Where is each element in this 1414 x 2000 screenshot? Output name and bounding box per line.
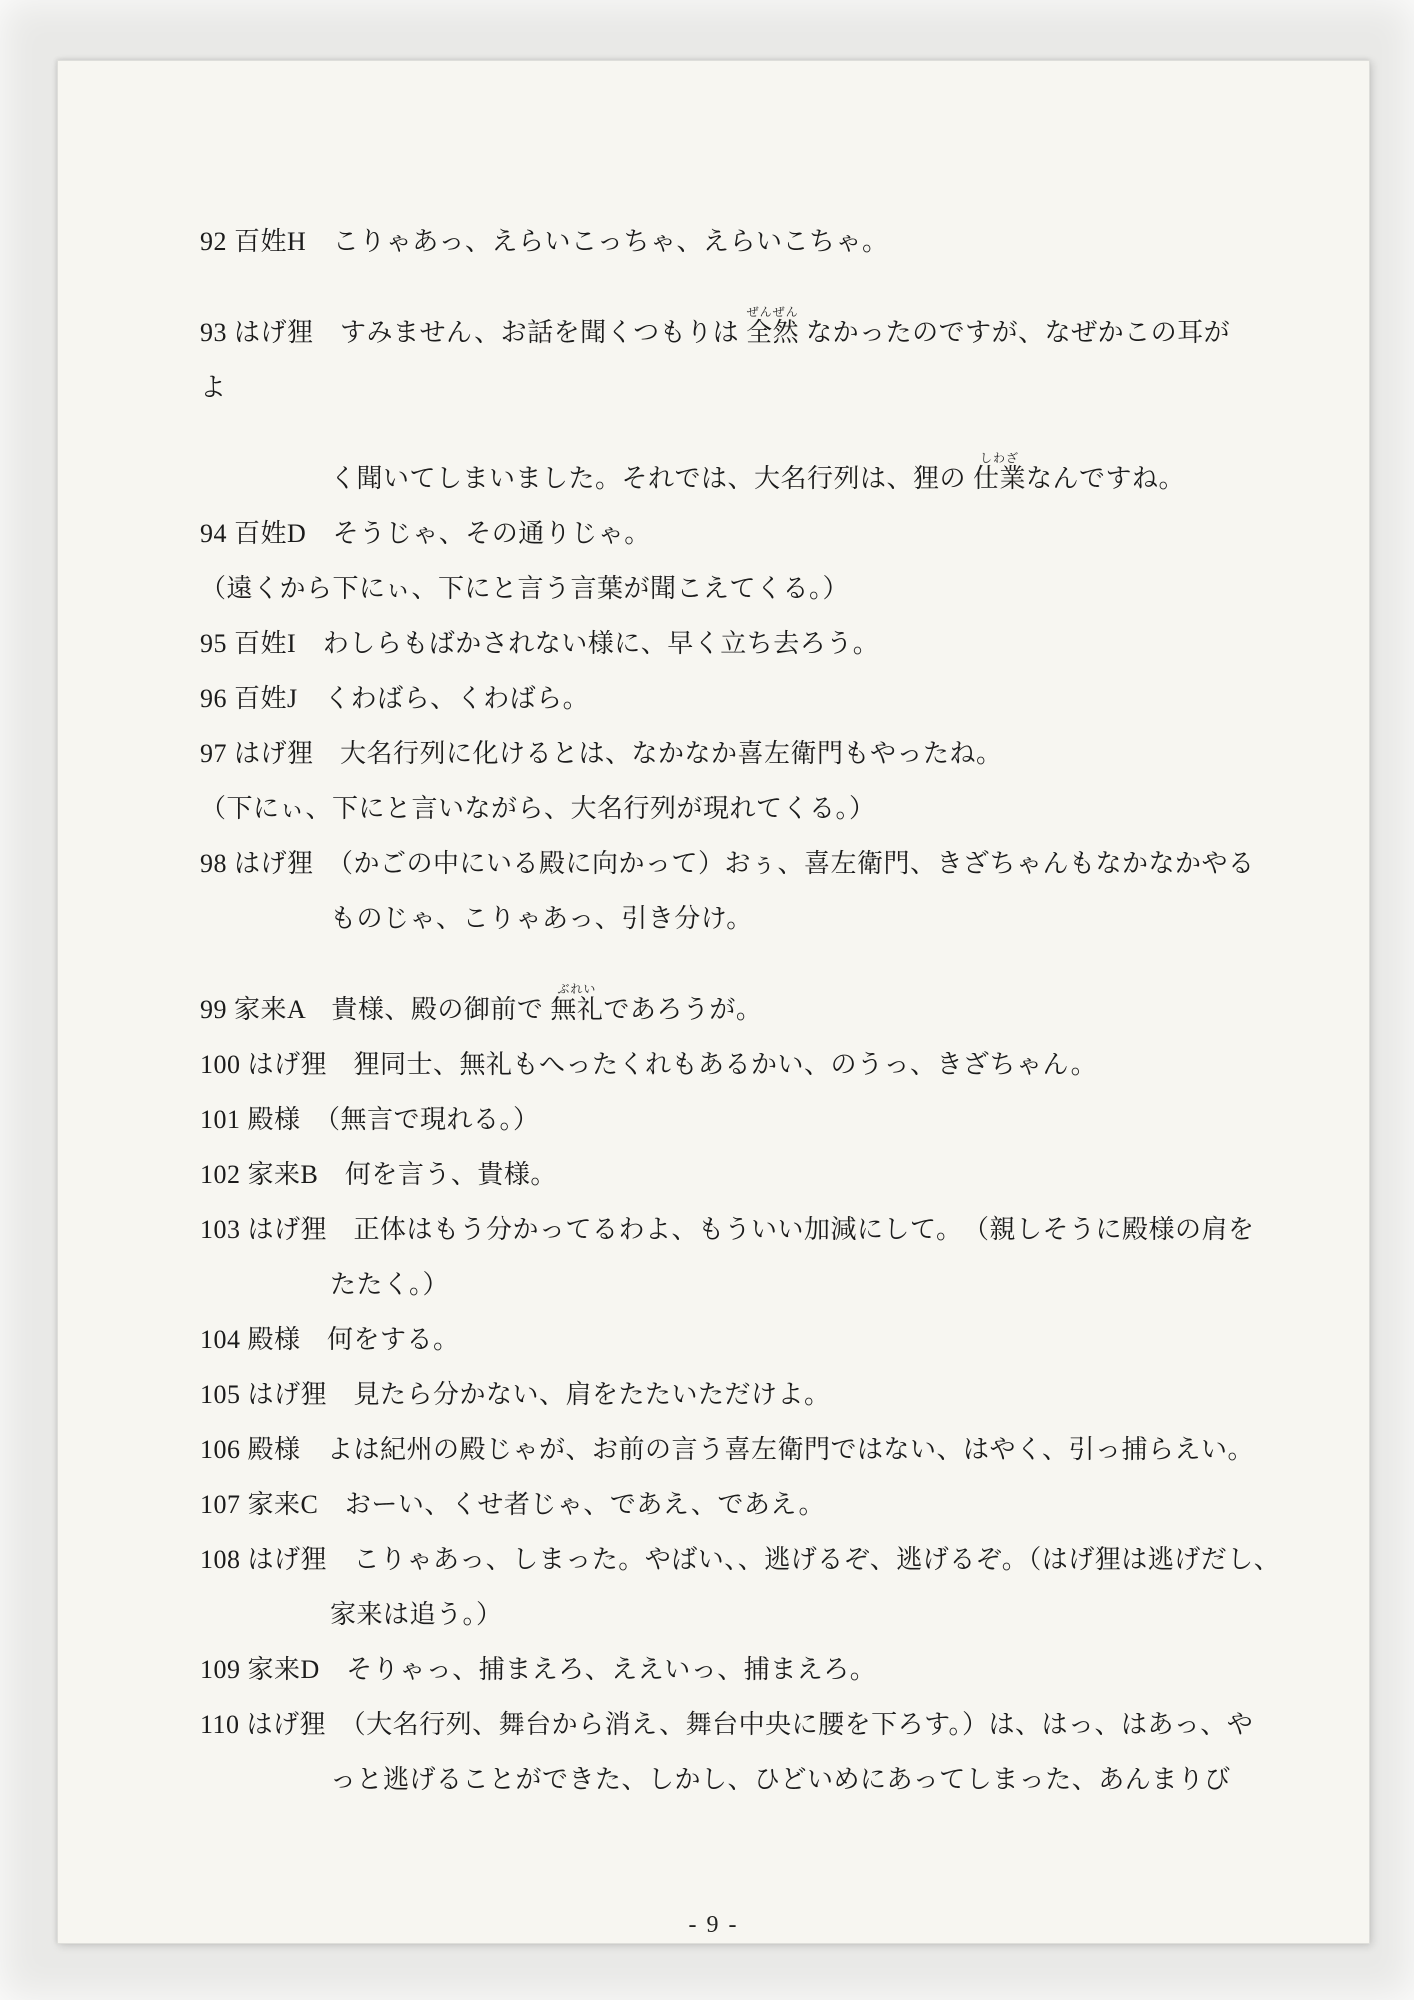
line-number: 99 (200, 995, 227, 1024)
speaker-label: はげ狸 (248, 1380, 328, 1409)
script-line: 104 殿様 何をする。 (200, 1309, 1329, 1364)
script-line: 106 殿様 よは紀州の殿じゃが、お前の言う喜左衛門ではない、はやく、引っ捕らえ… (200, 1419, 1329, 1474)
speaker-label: 家来D (248, 1655, 320, 1684)
script-line: 97 はげ狸 大名行列に化けるとは、なかなか喜左衛門もやったね。 (200, 723, 1329, 778)
script-line: っと逃げることができた、しかし、ひどいめにあってしまった、あんまりび (200, 1749, 1329, 1804)
script-line: たたく。） (200, 1254, 1329, 1309)
line-text: 103 はげ狸 正体はもう分かってるわよ、もういい加減にして。 （親しそうに殿様… (200, 1209, 1255, 1246)
speaker-label: 殿様 (248, 1435, 301, 1464)
script-line: 102 家来B 何を言う、貴様。 (200, 1144, 1329, 1199)
dialogue-text: わしらもばかされない様に、早く立ち去ろう。 (323, 629, 880, 658)
script-line: ものじゃ、こりゃあっ、引き分け。 (200, 888, 1329, 943)
line-number: 97 (200, 739, 227, 768)
script-line: 92 百姓H こりゃあっ、えらいこっちゃ、えらいこちゃ。 (200, 211, 1329, 266)
script-line: 93 はげ狸 すみません、お話を聞くつもりは 全然ぜんぜん なかったのですが、な… (200, 266, 1329, 357)
line-number: 93 (200, 318, 227, 347)
dialogue-text: く聞いてしまいました。それでは、大名行列は、狸の 仕業しわざなんですね。 (330, 464, 1185, 493)
line-text: 99 家来A 貴様、殿の御前で 無礼ぶれいであろうが。 (200, 982, 762, 1026)
dialogue-text: （大名行列、舞台から消え、舞台中央に腰を下ろす。）は、はっ、はあっ、や (353, 1710, 1254, 1739)
furigana-reading: ぜんぜん (746, 305, 799, 319)
script-line: 96 百姓J くわばら、くわばら。 (200, 668, 1329, 723)
line-text: 105 はげ狸 見たら分かない、肩をたたいただけよ。 (200, 1374, 831, 1411)
line-text: 95 百姓I わしらもばかされない様に、早く立ち去ろう。 (200, 623, 879, 660)
line-number: 110 (200, 1710, 240, 1739)
dialogue-text: よ (200, 373, 227, 402)
script-line: 99 家来A 貴様、殿の御前で 無礼ぶれいであろうが。 (200, 943, 1329, 1034)
dialogue-text: すみません、お話を聞くつもりは 全然ぜんぜん なかったのですが、なぜかこの耳が (340, 318, 1230, 347)
script-line: 家来は追う。） (200, 1584, 1329, 1639)
line-text: よ (200, 367, 227, 404)
dialogue-text: たたく。） (330, 1270, 449, 1299)
script-line: 109 家来D そりゃっ、捕まえろ、ええいっ、捕まえろ。 (200, 1639, 1329, 1694)
furigana-term: 仕業しわざ (973, 464, 1026, 493)
speaker-label: はげ狸 (234, 849, 314, 878)
dialogue-text: っと逃げることができた、しかし、ひどいめにあってしまった、あんまりび (330, 1765, 1231, 1794)
furigana-reading: しわざ (973, 451, 1026, 465)
speaker-label: 家来A (234, 995, 305, 1024)
speaker-label: はげ狸 (248, 1050, 328, 1079)
speaker-label: 百姓D (234, 519, 306, 548)
speaker-label: はげ狸 (234, 318, 314, 347)
line-number: 104 (200, 1325, 241, 1354)
script-body: 92 百姓H こりゃあっ、えらいこっちゃ、えらいこちゃ。93 はげ狸 すみません… (200, 211, 1329, 1804)
line-text: 106 殿様 よは紀州の殿じゃが、お前の言う喜左衛門ではない、はやく、引っ捕らえ… (200, 1429, 1254, 1466)
furigana-term: 全然ぜんぜん (746, 318, 799, 347)
speaker-label: 家来C (248, 1490, 319, 1519)
script-line: 101 殿様 （無言で現れる。） (200, 1089, 1329, 1144)
dialogue-text: （遠くから下にぃ、下にと言う言葉が聞こえてくる。） (200, 574, 849, 603)
dialogue-text: 何をする。 (327, 1325, 460, 1354)
script-line: 108 はげ狸 こりゃあっ、しまった。やばい、、逃げるぞ、逃げるぞ。（はげ狸は逃… (200, 1529, 1329, 1584)
page-number: - 9 - (58, 1912, 1369, 1939)
dialogue-text: （下にぃ、下にと言いながら、大名行列が現れてくる。） (200, 794, 875, 823)
line-text: 96 百姓J くわばら、くわばら。 (200, 678, 589, 715)
dialogue-text: こりゃあっ、えらいこっちゃ、えらいこちゃ。 (333, 227, 889, 256)
line-text: 108 はげ狸 こりゃあっ、しまった。やばい、、逃げるぞ、逃げるぞ。（はげ狸は逃… (200, 1539, 1280, 1576)
script-line: く聞いてしまいました。それでは、大名行列は、狸の 仕業しわざなんですね。 (200, 412, 1329, 503)
line-number: 106 (200, 1435, 241, 1464)
line-number: 95 (200, 629, 227, 658)
line-text: く聞いてしまいました。それでは、大名行列は、狸の 仕業しわざなんですね。 (330, 451, 1185, 495)
line-text: 92 百姓H こりゃあっ、えらいこっちゃ、えらいこちゃ。 (200, 221, 889, 258)
line-text: 93 はげ狸 すみません、お話を聞くつもりは 全然ぜんぜん なかったのですが、な… (200, 305, 1230, 349)
line-text: 109 家来D そりゃっ、捕まえろ、ええいっ、捕まえろ。 (200, 1649, 876, 1686)
line-number: 96 (200, 684, 227, 713)
line-text: 104 殿様 何をする。 (200, 1319, 460, 1356)
line-number: 108 (200, 1545, 241, 1574)
line-text: ものじゃ、こりゃあっ、引き分け。 (330, 898, 753, 935)
script-line: 94 百姓D そうじゃ、その通りじゃ。 (200, 503, 1329, 558)
dialogue-text: 正体はもう分かってるわよ、もういい加減にして。 （親しそうに殿様の肩を (354, 1215, 1255, 1244)
line-text: っと逃げることができた、しかし、ひどいめにあってしまった、あんまりび (330, 1759, 1231, 1796)
speaker-label: 殿様 (248, 1325, 301, 1354)
dialogue-text: くわばら、くわばら。 (324, 684, 589, 713)
line-number: 109 (200, 1655, 241, 1684)
script-line: よ (200, 357, 1329, 412)
script-line: （遠くから下にぃ、下にと言う言葉が聞こえてくる。） (200, 558, 1329, 613)
furigana-reading: ぶれい (550, 982, 603, 996)
script-line: 103 はげ狸 正体はもう分かってるわよ、もういい加減にして。 （親しそうに殿様… (200, 1199, 1329, 1254)
line-number: 101 (200, 1105, 241, 1134)
dialogue-text: そりゃっ、捕まえろ、ええいっ、捕まえろ。 (346, 1655, 876, 1684)
script-line: 100 はげ狸 狸同士、無礼もへったくれもあるかい、のうっ、きざちゃん。 (200, 1034, 1329, 1089)
line-text: （遠くから下にぃ、下にと言う言葉が聞こえてくる。） (200, 568, 849, 605)
line-number: 103 (200, 1215, 241, 1244)
line-text: 100 はげ狸 狸同士、無礼もへったくれもあるかい、のうっ、きざちゃん。 (200, 1044, 1097, 1081)
line-number: 92 (200, 227, 227, 256)
script-line: 110 はげ狸 （大名行列、舞台から消え、舞台中央に腰を下ろす。）は、はっ、はあ… (200, 1694, 1329, 1749)
speaker-label: 百姓H (234, 227, 306, 256)
speaker-label: はげ狸 (248, 1545, 328, 1574)
line-text: 97 はげ狸 大名行列に化けるとは、なかなか喜左衛門もやったね。 (200, 733, 1003, 770)
speaker-label: はげ狸 (247, 1710, 327, 1739)
dialogue-text: 見たら分かない、肩をたたいただけよ。 (354, 1380, 831, 1409)
dialogue-text: そうじゃ、その通りじゃ。 (333, 519, 651, 548)
line-text: 94 百姓D そうじゃ、その通りじゃ。 (200, 513, 651, 550)
line-number: 98 (200, 849, 227, 878)
line-number: 94 (200, 519, 227, 548)
speaker-label: 百姓I (234, 629, 296, 658)
line-text: 110 はげ狸 （大名行列、舞台から消え、舞台中央に腰を下ろす。）は、はっ、はあ… (200, 1704, 1253, 1741)
dialogue-text: 大名行列に化けるとは、なかなか喜左衛門もやったね。 (340, 739, 1003, 768)
dialogue-text: 狸同士、無礼もへったくれもあるかい、のうっ、きざちゃん。 (354, 1050, 1098, 1079)
script-line: 107 家来C おーい、くせ者じゃ、であえ、であえ。 (200, 1474, 1329, 1529)
dialogue-text: 家来は追う。） (330, 1600, 503, 1629)
script-line: 105 はげ狸 見たら分かない、肩をたたいただけよ。 (200, 1364, 1329, 1419)
line-text: たたく。） (330, 1264, 449, 1301)
dialogue-text: （無言で現れる。） (327, 1105, 540, 1134)
script-line: （下にぃ、下にと言いながら、大名行列が現れてくる。） (200, 778, 1329, 833)
speaker-label: 殿様 (248, 1105, 301, 1134)
dialogue-text: ものじゃ、こりゃあっ、引き分け。 (330, 904, 753, 933)
speaker-label: 家来B (248, 1160, 319, 1189)
dialogue-text: おーい、くせ者じゃ、であえ、であえ。 (345, 1490, 825, 1519)
line-number: 102 (200, 1160, 241, 1189)
line-number: 100 (200, 1050, 241, 1079)
dialogue-text: （かごの中にいる殿に向かって）おぅ、喜左衛門、きざちゃんもなかなかやる (340, 849, 1255, 878)
line-text: 家来は追う。） (330, 1594, 503, 1631)
line-text: 107 家来C おーい、くせ者じゃ、であえ、であえ。 (200, 1484, 825, 1521)
script-line: 95 百姓I わしらもばかされない様に、早く立ち去ろう。 (200, 613, 1329, 668)
furigana-term: 無礼ぶれい (550, 995, 603, 1024)
line-text: 101 殿様 （無言で現れる。） (200, 1099, 540, 1136)
dialogue-text: こりゃあっ、しまった。やばい、、逃げるぞ、逃げるぞ。（はげ狸は逃げだし、 (354, 1545, 1281, 1574)
script-line: 98 はげ狸 （かごの中にいる殿に向かって）おぅ、喜左衛門、きざちゃんもなかなか… (200, 833, 1329, 888)
line-text: （下にぃ、下にと言いながら、大名行列が現れてくる。） (200, 788, 875, 825)
dialogue-text: 何を言う、貴様。 (345, 1160, 557, 1189)
speaker-label: はげ狸 (234, 739, 314, 768)
speaker-label: 百姓J (234, 684, 298, 713)
speaker-label: はげ狸 (248, 1215, 328, 1244)
line-text: 98 はげ狸 （かごの中にいる殿に向かって）おぅ、喜左衛門、きざちゃんもなかなか… (200, 843, 1255, 880)
document-page: 92 百姓H こりゃあっ、えらいこっちゃ、えらいこちゃ。93 はげ狸 すみません… (57, 60, 1370, 1944)
line-number: 107 (200, 1490, 241, 1519)
dialogue-text: 貴様、殿の御前で 無礼ぶれいであろうが。 (331, 995, 762, 1024)
line-text: 102 家来B 何を言う、貴様。 (200, 1154, 557, 1191)
line-number: 105 (200, 1380, 241, 1409)
dialogue-text: よは紀州の殿じゃが、お前の言う喜左衛門ではない、はやく、引っ捕らえい。 (327, 1435, 1254, 1464)
